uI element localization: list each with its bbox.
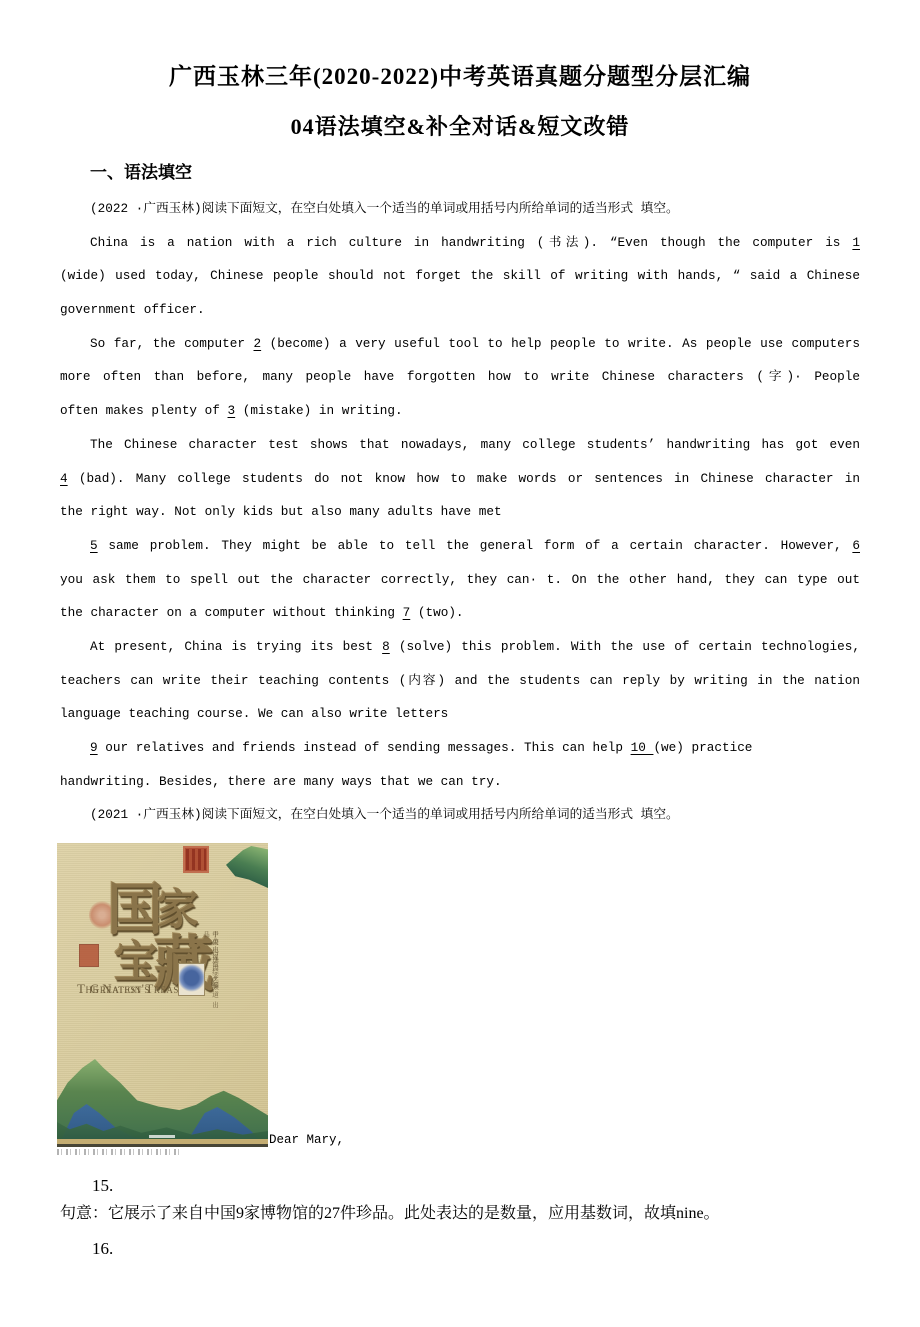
text-segment: (become) a very useful tool to help peop… (261, 336, 860, 351)
blank-number: 3 (228, 403, 236, 418)
text-segment: same problem. They might be able to tell… (98, 538, 853, 553)
poster-bottom-strip (57, 1144, 268, 1147)
text-segment: (solve) this problem. With the use of ce… (390, 639, 860, 654)
article-line: 5 same problem. They might be able to te… (60, 529, 860, 563)
figure-row: 国 家 宝 藏 中央电视台综艺频道 出品 于蕾 吕逸涛 主编 The Natio… (57, 843, 344, 1147)
poster-credits-line2: 于蕾 吕逸涛 主编 (210, 931, 219, 989)
text-segment: teachers can write their teaching conten… (60, 673, 860, 688)
article-line: At present, China is trying its best 8 (… (60, 630, 860, 664)
article-line: 9 our relatives and friends instead of s… (60, 731, 860, 765)
answer-explanation: 句意：它展示了来自中国9家博物馆的27件珍品。此处表达的是数量，应用基数词，故填… (60, 1203, 870, 1225)
blank-number: 2 (254, 336, 262, 351)
poster-corner-mountain-art (226, 846, 268, 888)
text-segment: (wide) used today, Chinese people should… (60, 268, 860, 283)
text-segment: (two). (410, 605, 463, 620)
section-heading: 一、语法填空 (90, 158, 192, 183)
poster-character-jia: 家 (157, 889, 199, 931)
text-segment: (we) practice (653, 740, 752, 755)
dear-mary-text: Dear Mary, (269, 1134, 344, 1147)
national-treasures-poster-image: 国 家 宝 藏 中央电视台综艺频道 出品 于蕾 吕逸涛 主编 The Natio… (57, 843, 268, 1147)
text-segment: government officer. (60, 302, 205, 317)
text-segment: our relatives and friends instead of sen… (98, 740, 631, 755)
article-line: (wide) used today, Chinese people should… (60, 259, 860, 293)
text-segment: China is a nation with a rich culture in… (90, 235, 852, 250)
article-line: The Chinese character test shows that no… (60, 428, 860, 462)
document-title: 广西玉林三年(2020-2022)中考英语真题分题型分层汇编 (0, 58, 920, 91)
text-segment: the character on a computer without thin… (60, 605, 403, 620)
text-segment: The Chinese character test shows that no… (90, 437, 860, 452)
blank-number: 10 (631, 740, 654, 755)
text-segment: (2022 ·广西玉林)阅读下面短文，在空白处填入一个适当的单词或用括号内所给单… (90, 201, 679, 216)
article-line: more often than before, many people have… (60, 360, 860, 394)
article-line: 4 (bad). Many college students do not kn… (60, 462, 860, 496)
article-line: language teaching course. We can also wr… (60, 697, 860, 731)
text-segment: (bad). Many college students do not know… (68, 471, 860, 486)
text-segment: more often than before, many people have… (60, 369, 860, 384)
text-segment: At present, China is trying its best (90, 639, 382, 654)
blank-number: 1 (852, 235, 860, 250)
poster-character-bao: 宝 (114, 941, 158, 985)
publisher-mark (149, 1135, 175, 1138)
text-segment: you ask them to spell out the character … (60, 572, 860, 587)
text-segment: the right way. Not only kids but also ma… (60, 504, 502, 519)
text-segment: (mistake) in writing. (235, 403, 403, 418)
document-subtitle: 04语法填空&补全对话&短文改错 (0, 110, 920, 141)
blank-number: 5 (90, 538, 98, 553)
article-line: government officer. (60, 293, 860, 327)
text-segment: So far, the computer (90, 336, 254, 351)
article-line: (2021 ·广西玉林)阅读下面短文，在空白处填入一个适当的单词或用括号内所给单… (60, 798, 860, 832)
red-seal-stamp (183, 846, 209, 873)
article-line: China is a nation with a rich culture in… (60, 226, 860, 260)
blank-number: 9 (90, 740, 98, 755)
blue-porcelain-vase-art (178, 963, 205, 996)
text-segment: handwriting. Besides, there are many way… (60, 774, 502, 789)
poster-mountains-art (57, 1052, 268, 1147)
article-line: teachers can write their teaching conten… (60, 664, 860, 698)
article-line: the right way. Not only kids but also ma… (60, 495, 860, 529)
answer-number-16: 16. (92, 1239, 113, 1259)
text-segment: language teaching course. We can also wr… (60, 706, 448, 721)
illegible-caption-marks (57, 1149, 179, 1155)
article-line: So far, the computer 2 (become) a very u… (60, 327, 860, 361)
text-segment: often makes plenty of (60, 403, 228, 418)
blank-number: 4 (60, 471, 68, 486)
article-line: the character on a computer without thin… (60, 596, 860, 630)
blank-number: 6 (852, 538, 860, 553)
blank-number: 8 (382, 639, 390, 654)
article-line: often makes plenty of 3 (mistake) in wri… (60, 394, 860, 428)
text-segment: (2021 ·广西玉林)阅读下面短文，在空白处填入一个适当的单词或用括号内所给单… (90, 807, 679, 822)
article-line: you ask them to spell out the character … (60, 563, 860, 597)
article-line: (2022 ·广西玉林)阅读下面短文，在空白处填入一个适当的单词或用括号内所给单… (60, 192, 860, 226)
article: (2022 ·广西玉林)阅读下面短文，在空白处填入一个适当的单词或用括号内所给单… (60, 192, 860, 832)
article-line: handwriting. Besides, there are many way… (60, 765, 860, 799)
small-red-seal (79, 944, 99, 967)
answer-number-15: 15. (92, 1176, 113, 1196)
